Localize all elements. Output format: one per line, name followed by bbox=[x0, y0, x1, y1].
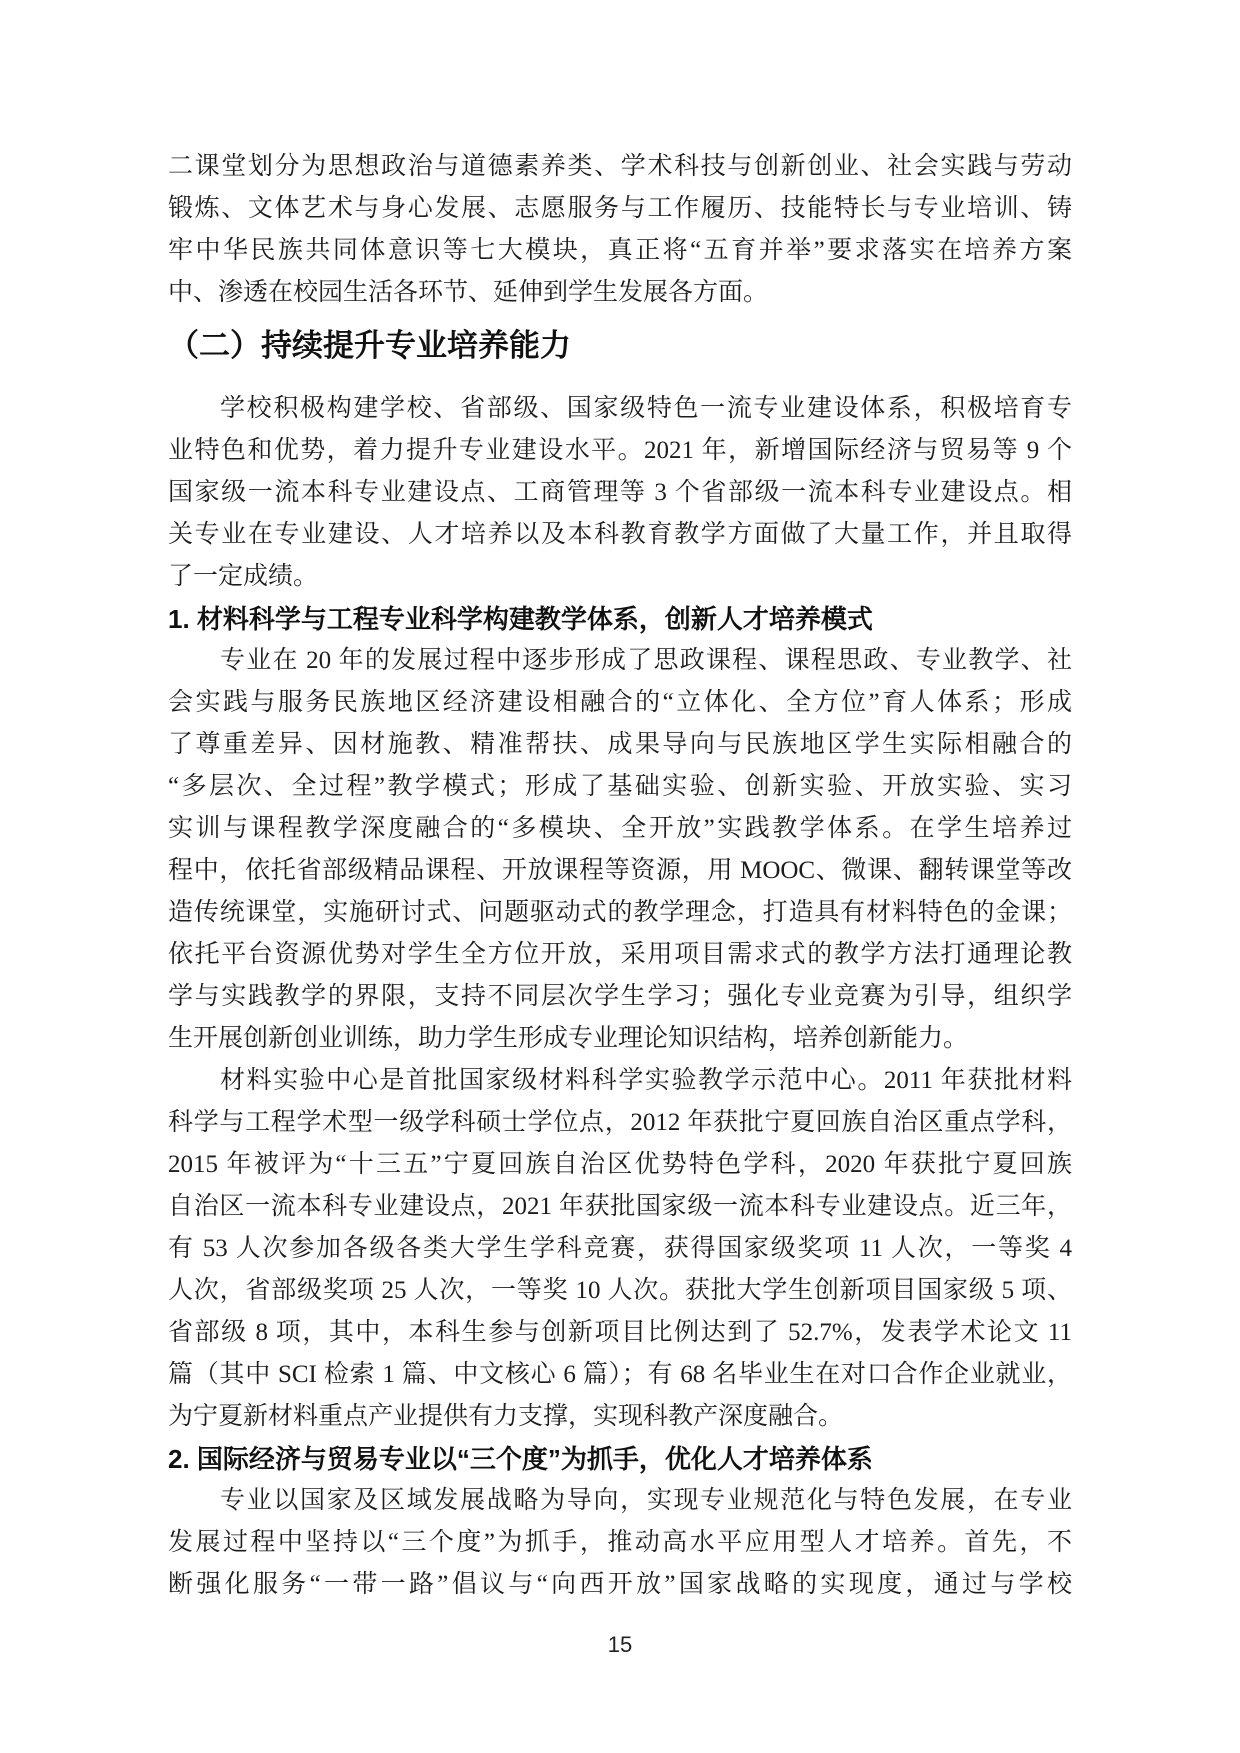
text-line: 为宁夏新材料重点产业提供有力支撑，实现科教产深度融合。 bbox=[168, 1396, 1072, 1438]
paragraph-materials-teaching-system: 专业在 20 年的发展过程中逐步形成了思政课程、课程思政、专业教学、社会实践与服… bbox=[168, 640, 1072, 1060]
paragraph-major-construction-overview: 学校积极构建学校、省部级、国家级特色一流专业建设体系，积极培育专业特色和优势，着… bbox=[168, 388, 1072, 598]
text-line: 会实践与服务民族地区经济建设相融合的“立体化、全方位”育人体系；形成 bbox=[168, 682, 1072, 724]
text-line: 省部级 8 项，其中，本科生参与创新项目比例达到了 52.7%，发表学术论文 1… bbox=[168, 1312, 1072, 1354]
text-line: 2015 年被评为“十三五”宁夏回族自治区优势特色学科，2020 年获批宁夏回族 bbox=[168, 1144, 1072, 1186]
subsection-heading-materials-science: 1. 材料科学与工程专业科学构建教学体系，创新人才培养模式 bbox=[168, 598, 1072, 640]
text-line: 专业以国家及区域发展战略为导向，实现专业规范化与特色发展，在专业 bbox=[168, 1480, 1072, 1522]
paragraph-international-trade-strategy: 专业以国家及区域发展战略为导向，实现专业规范化与特色发展，在专业发展过程中坚持以… bbox=[168, 1480, 1072, 1606]
document-page: 二课堂划分为思想政治与道德素养类、学术科技与创新创业、社会实践与劳动锻炼、文体艺… bbox=[0, 0, 1240, 1753]
text-line: 专业在 20 年的发展过程中逐步形成了思政课程、课程思政、专业教学、社 bbox=[168, 640, 1072, 682]
text-line: 人次，省部级奖项 25 人次，一等奖 10 人次。获批大学生创新项目国家级 5 … bbox=[168, 1270, 1072, 1312]
text-line: 业特色和优势，着力提升专业建设水平。2021 年，新增国际经济与贸易等 9 个 bbox=[168, 430, 1072, 472]
text-line: 锻炼、文体艺术与身心发展、志愿服务与工作履历、技能特长与专业培训、铸 bbox=[168, 188, 1072, 230]
text-line: 了一定成绩。 bbox=[168, 556, 1072, 598]
text-line: 篇（其中 SCI 检索 1 篇、中文核心 6 篇）；有 68 名毕业生在对口合作… bbox=[168, 1354, 1072, 1396]
text-line: 生开展创新创业训练，助力学生形成专业理论知识结构，培养创新能力。 bbox=[168, 1018, 1072, 1060]
document-body: 二课堂划分为思想政治与道德素养类、学术科技与创新创业、社会实践与劳动锻炼、文体艺… bbox=[168, 146, 1072, 1606]
text-line: “多层次、全过程”教学模式；形成了基础实验、创新实验、开放实验、实习 bbox=[168, 766, 1072, 808]
text-line: 发展过程中坚持以“三个度”为抓手，推动高水平应用型人才培养。首先，不 bbox=[168, 1522, 1072, 1564]
text-line: 关专业在专业建设、人才培养以及本科教育教学方面做了大量工作，并且取得 bbox=[168, 514, 1072, 556]
text-line: 材料实验中心是首批国家级材料科学实验教学示范中心。2011 年获批材料 bbox=[168, 1060, 1072, 1102]
text-line: 学校积极构建学校、省部级、国家级特色一流专业建设体系，积极培育专 bbox=[168, 388, 1072, 430]
text-line: 造传统课堂，实施研讨式、问题驱动式的教学理念，打造具有材料特色的金课； bbox=[168, 892, 1072, 934]
text-line: 了尊重差异、因材施教、精准帮扶、成果导向与民族地区学生实际相融合的 bbox=[168, 724, 1072, 766]
text-line: 有 53 人次参加各级各类大学生学科竞赛，获得国家级奖项 11 人次，一等奖 4 bbox=[168, 1228, 1072, 1270]
text-line: 二课堂划分为思想政治与道德素养类、学术科技与创新创业、社会实践与劳动 bbox=[168, 146, 1072, 188]
paragraph-materials-lab-achievements: 材料实验中心是首批国家级材料科学实验教学示范中心。2011 年获批材料科学与工程… bbox=[168, 1060, 1072, 1438]
section-heading-improve-major-training: （二）持续提升专业培养能力 bbox=[168, 322, 1072, 370]
text-line: 依托平台资源优势对学生全方位开放，采用项目需求式的教学方法打通理论教 bbox=[168, 934, 1072, 976]
text-line: 程中，依托省部级精品课程、开放课程等资源，用 MOOC、微课、翻转课堂等改 bbox=[168, 850, 1072, 892]
text-line: 牢中华民族共同体意识等七大模块，真正将“五育并举”要求落实在培养方案 bbox=[168, 230, 1072, 272]
text-line: 科学与工程学术型一级学科硕士学位点，2012 年获批宁夏回族自治区重点学科， bbox=[168, 1102, 1072, 1144]
text-line: 国家级一流本科专业建设点、工商管理等 3 个省部级一流本科专业建设点。相 bbox=[168, 472, 1072, 514]
page-footer: 15 bbox=[0, 1630, 1240, 1660]
text-line: 实训与课程教学深度融合的“多模块、全开放”实践教学体系。在学生培养过 bbox=[168, 808, 1072, 850]
text-line: 学与实践教学的界限，支持不同层次学生学习；强化专业竞赛为引导，组织学 bbox=[168, 976, 1072, 1018]
text-line: 中、渗透在校园生活各环节、延伸到学生发展各方面。 bbox=[168, 272, 1072, 314]
paragraph-second-classroom-modules: 二课堂划分为思想政治与道德素养类、学术科技与创新创业、社会实践与劳动锻炼、文体艺… bbox=[168, 146, 1072, 314]
subsection-heading-international-trade: 2. 国际经济与贸易专业以“三个度”为抓手，优化人才培养体系 bbox=[168, 1438, 1072, 1480]
text-line: 断强化服务“一带一路”倡议与“向西开放”国家战略的实现度，通过与学校 bbox=[168, 1564, 1072, 1606]
text-line: 自治区一流本科专业建设点，2021 年获批国家级一流本科专业建设点。近三年， bbox=[168, 1186, 1072, 1228]
page-number: 15 bbox=[608, 1632, 632, 1657]
